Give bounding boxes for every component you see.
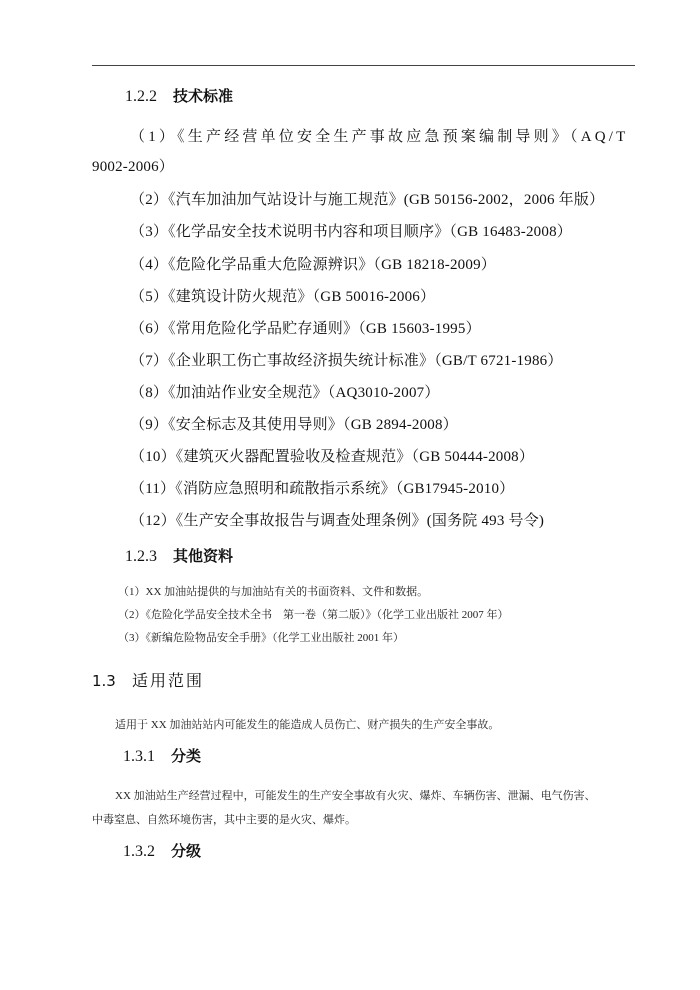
tech-standard-item: （4）《危险化学品重大危险源辨识》（GB 18218-2009） bbox=[130, 253, 496, 274]
heading-number: 1.3.2 bbox=[123, 843, 171, 861]
heading-title: 其他资料 bbox=[173, 547, 233, 565]
heading-number: 1.2.3 bbox=[125, 548, 173, 566]
heading-1-3: 1.3适用范围 bbox=[92, 668, 204, 691]
other-reference-item: （1）XX 加油站提供的与加油站有关的书面资料、文件和数据。 bbox=[118, 583, 428, 599]
tech-standard-item: （10）《建筑灭火器配置验收及检查规范》（GB 50444-2008） bbox=[130, 445, 534, 466]
tech-standard-item: （7）《企业职工伤亡事故经济损失统计标准》（GB/T 6721-1986） bbox=[130, 349, 563, 370]
heading-title: 分类 bbox=[171, 747, 201, 765]
heading-title: 技术标准 bbox=[173, 87, 233, 105]
tech-standard-item: （8）《加油站作业安全规范》（AQ3010-2007） bbox=[130, 381, 440, 402]
heading-1-2-2: 1.2.2技术标准 bbox=[125, 85, 233, 106]
classification-paragraph-line1: XX 加油站生产经营过程中，可能发生的生产安全事故有火灾、爆炸、车辆伤害、泄漏、… bbox=[115, 787, 596, 803]
heading-number: 1.3 bbox=[92, 672, 132, 690]
tech-standard-item: （1）《生产经营单位安全生产事故应急预案编制导则》（AQ/T bbox=[130, 125, 629, 146]
tech-standard-item: （9）《安全标志及其使用导则》（GB 2894-2008） bbox=[130, 413, 458, 434]
tech-standard-item: （5）《建筑设计防火规范》（GB 50016-2006） bbox=[130, 285, 435, 306]
scope-paragraph: 适用于 XX 加油站站内可能发生的能造成人员伤亡、财产损失的生产安全事故。 bbox=[115, 716, 499, 732]
tech-standard-item: （6）《常用危险化学品贮存通则》（GB 15603-1995） bbox=[130, 317, 481, 338]
tech-standard-item: （12）《生产安全事故报告与调查处理条例》(国务院 493 号令) bbox=[130, 509, 544, 530]
tech-standard-item-cont: 9002-2006） bbox=[92, 155, 174, 176]
heading-number: 1.2.2 bbox=[125, 88, 173, 106]
heading-1-3-1: 1.3.1分类 bbox=[123, 745, 201, 766]
tech-standard-item: （2）《汽车加油加气站设计与施工规范》(GB 50156-2002，2006 年… bbox=[130, 188, 604, 209]
heading-title: 适用范围 bbox=[132, 671, 204, 690]
header-rule bbox=[92, 65, 635, 66]
heading-1-2-3: 1.2.3其他资料 bbox=[125, 545, 233, 566]
document-page: 1.2.2技术标准 （1）《生产经营单位安全生产事故应急预案编制导则》（AQ/T… bbox=[0, 0, 700, 990]
tech-standard-item: （3）《化学品安全技术说明书内容和项目顺序》（GB 16483-2008） bbox=[130, 220, 572, 241]
tech-standard-item: （11）《消防应急照明和疏散指示系统》（GB17945-2010） bbox=[130, 477, 514, 498]
classification-paragraph-line2: 中毒窒息、自然环境伤害，其中主要的是火灾、爆炸。 bbox=[92, 811, 356, 827]
other-reference-item: （2）《危险化学品安全技术全书 第一卷（第二版）》（化学工业出版社 2007 年… bbox=[118, 606, 509, 622]
heading-1-3-2: 1.3.2分级 bbox=[123, 840, 201, 861]
other-reference-item: （3）《新编危险物品安全手册》（化学工业出版社 2001 年） bbox=[118, 629, 404, 645]
heading-number: 1.3.1 bbox=[123, 748, 171, 766]
heading-title: 分级 bbox=[171, 842, 201, 860]
